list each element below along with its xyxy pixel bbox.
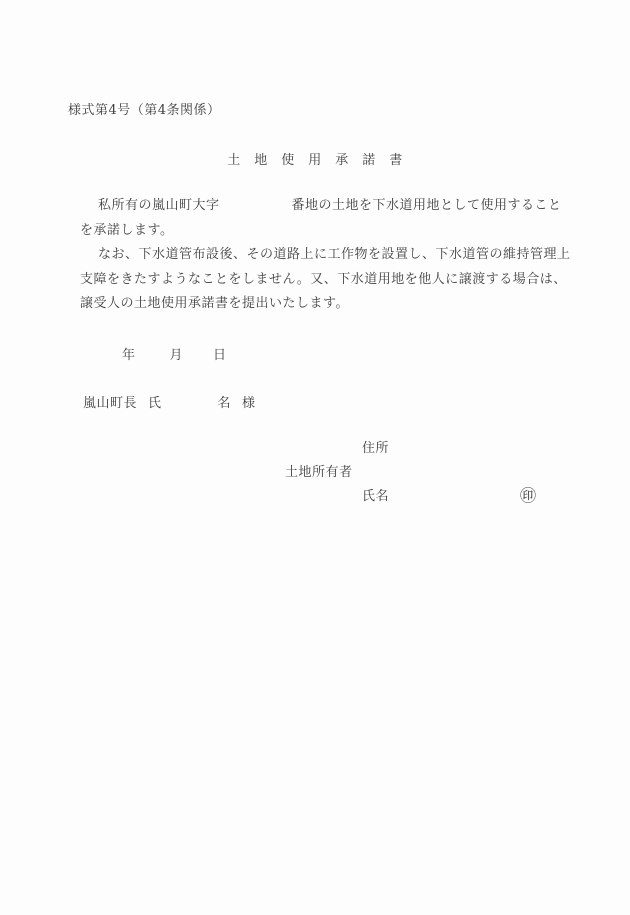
paragraph1-line2: を承諾します。 [80,219,580,244]
month-label: 月 [170,348,184,363]
paragraph2-line3: 譲受人の土地使用承諾書を提出いたします。 [80,292,580,317]
day-label: 日 [213,348,227,363]
signature-role-label: 土地所有者 [285,461,353,480]
seal-mark-icon: ㊞ [520,483,536,506]
addressee-honorific: 様 [242,396,256,411]
form-number-label: 様式第4号（第4条関係） [68,99,221,118]
body-text: 私所有の嵐山町大字番地の土地を下水道用地として使用すること を承諾します。 なお… [80,194,580,317]
paragraph1-text-before-blank: 私所有の嵐山町大字 [98,198,220,213]
paragraph2-line2: 支障をきたすようなことをしません。又、下水道用地を他人に譲渡する場合は、 [80,268,580,293]
addressee-surname-label: 氏 [148,396,162,411]
paragraph2-line1: なお、下水道管布設後、その道路上に工作物を設置し、下水道管の維持管理上 [80,243,580,268]
signature-address-label: 住所 [362,437,389,456]
paragraph1-text-after-blank: 番地の土地を下水道用地として使用すること [292,198,562,213]
addressee-givenname-label: 名 [218,396,232,411]
document-page: 様式第4号（第4条関係） 土 地 使 用 承 諾 書 私所有の嵐山町大字番地の土… [0,0,630,915]
addressee-office-title: 嵐山町長 [83,396,137,411]
document-title: 土 地 使 用 承 諾 書 [0,149,630,168]
lot-number-blank [220,208,292,209]
signature-name-label: 氏名 [362,485,389,504]
year-label: 年 [122,348,136,363]
paragraph1-line1: 私所有の嵐山町大字番地の土地を下水道用地として使用すること [80,194,580,219]
date-line: 年月日 [122,344,227,363]
addressee-line: 嵐山町長氏名様 [83,392,256,411]
